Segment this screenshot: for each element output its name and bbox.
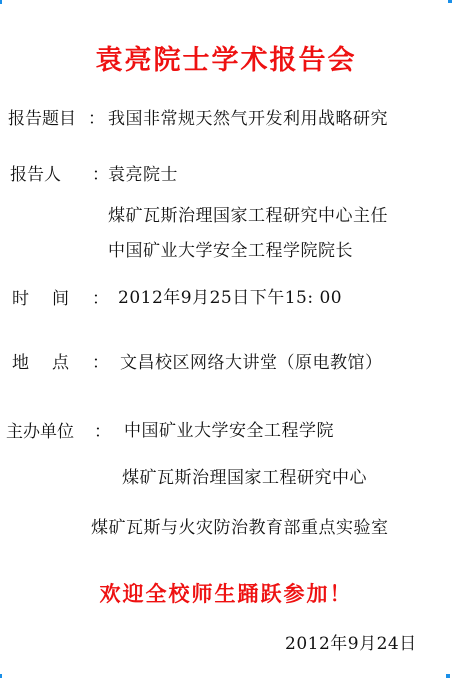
organizer-1: 中国矿业大学安全工程学院 [124,416,334,441]
speaker-colon: ： [92,160,109,185]
speaker-label: 报告人 [10,160,61,185]
organizer-3: 煤矿瓦斯与火灾防治教育部重点实验室 [91,513,389,538]
time-value: 2012年9月25日下午15: 00 [118,283,342,308]
issue-date: 2012年9月24日 [285,629,417,654]
corner-marker-top-right [448,0,452,3]
welcome-message: 欢迎全校师生踊跃参加！ [0,578,452,608]
corner-marker-bottom-left [0,674,2,678]
location-value: 文昌校区网络大讲堂（原电教馆） [120,348,383,373]
topic-value: 我国非常规天然气开发利用战略研究 [108,104,388,129]
location-colon: ： [92,348,109,373]
time-label-char-1: 时 [12,284,29,309]
speaker-title-2: 中国矿业大学安全工程学院院长 [108,236,353,261]
speaker-name: 袁亮院士 [108,160,178,185]
corner-marker-top-left [0,0,2,4]
topic-label: 报告题目 [8,104,76,129]
time-colon: ： [92,284,109,309]
organizers-colon: ： [94,417,111,442]
location-label-char-1: 地 [12,348,29,373]
page-title: 袁亮院士学术报告会 [0,38,452,77]
topic-colon: ： [88,104,105,129]
organizer-2: 煤矿瓦斯治理国家工程研究中心 [122,463,367,488]
location-label-char-2: 点 [52,348,69,373]
organizers-label: 主办单位 [6,417,74,442]
speaker-title-1: 煤矿瓦斯治理国家工程研究中心主任 [108,201,388,226]
corner-marker-bottom-right [446,674,450,678]
time-label-char-2: 间 [52,284,69,309]
